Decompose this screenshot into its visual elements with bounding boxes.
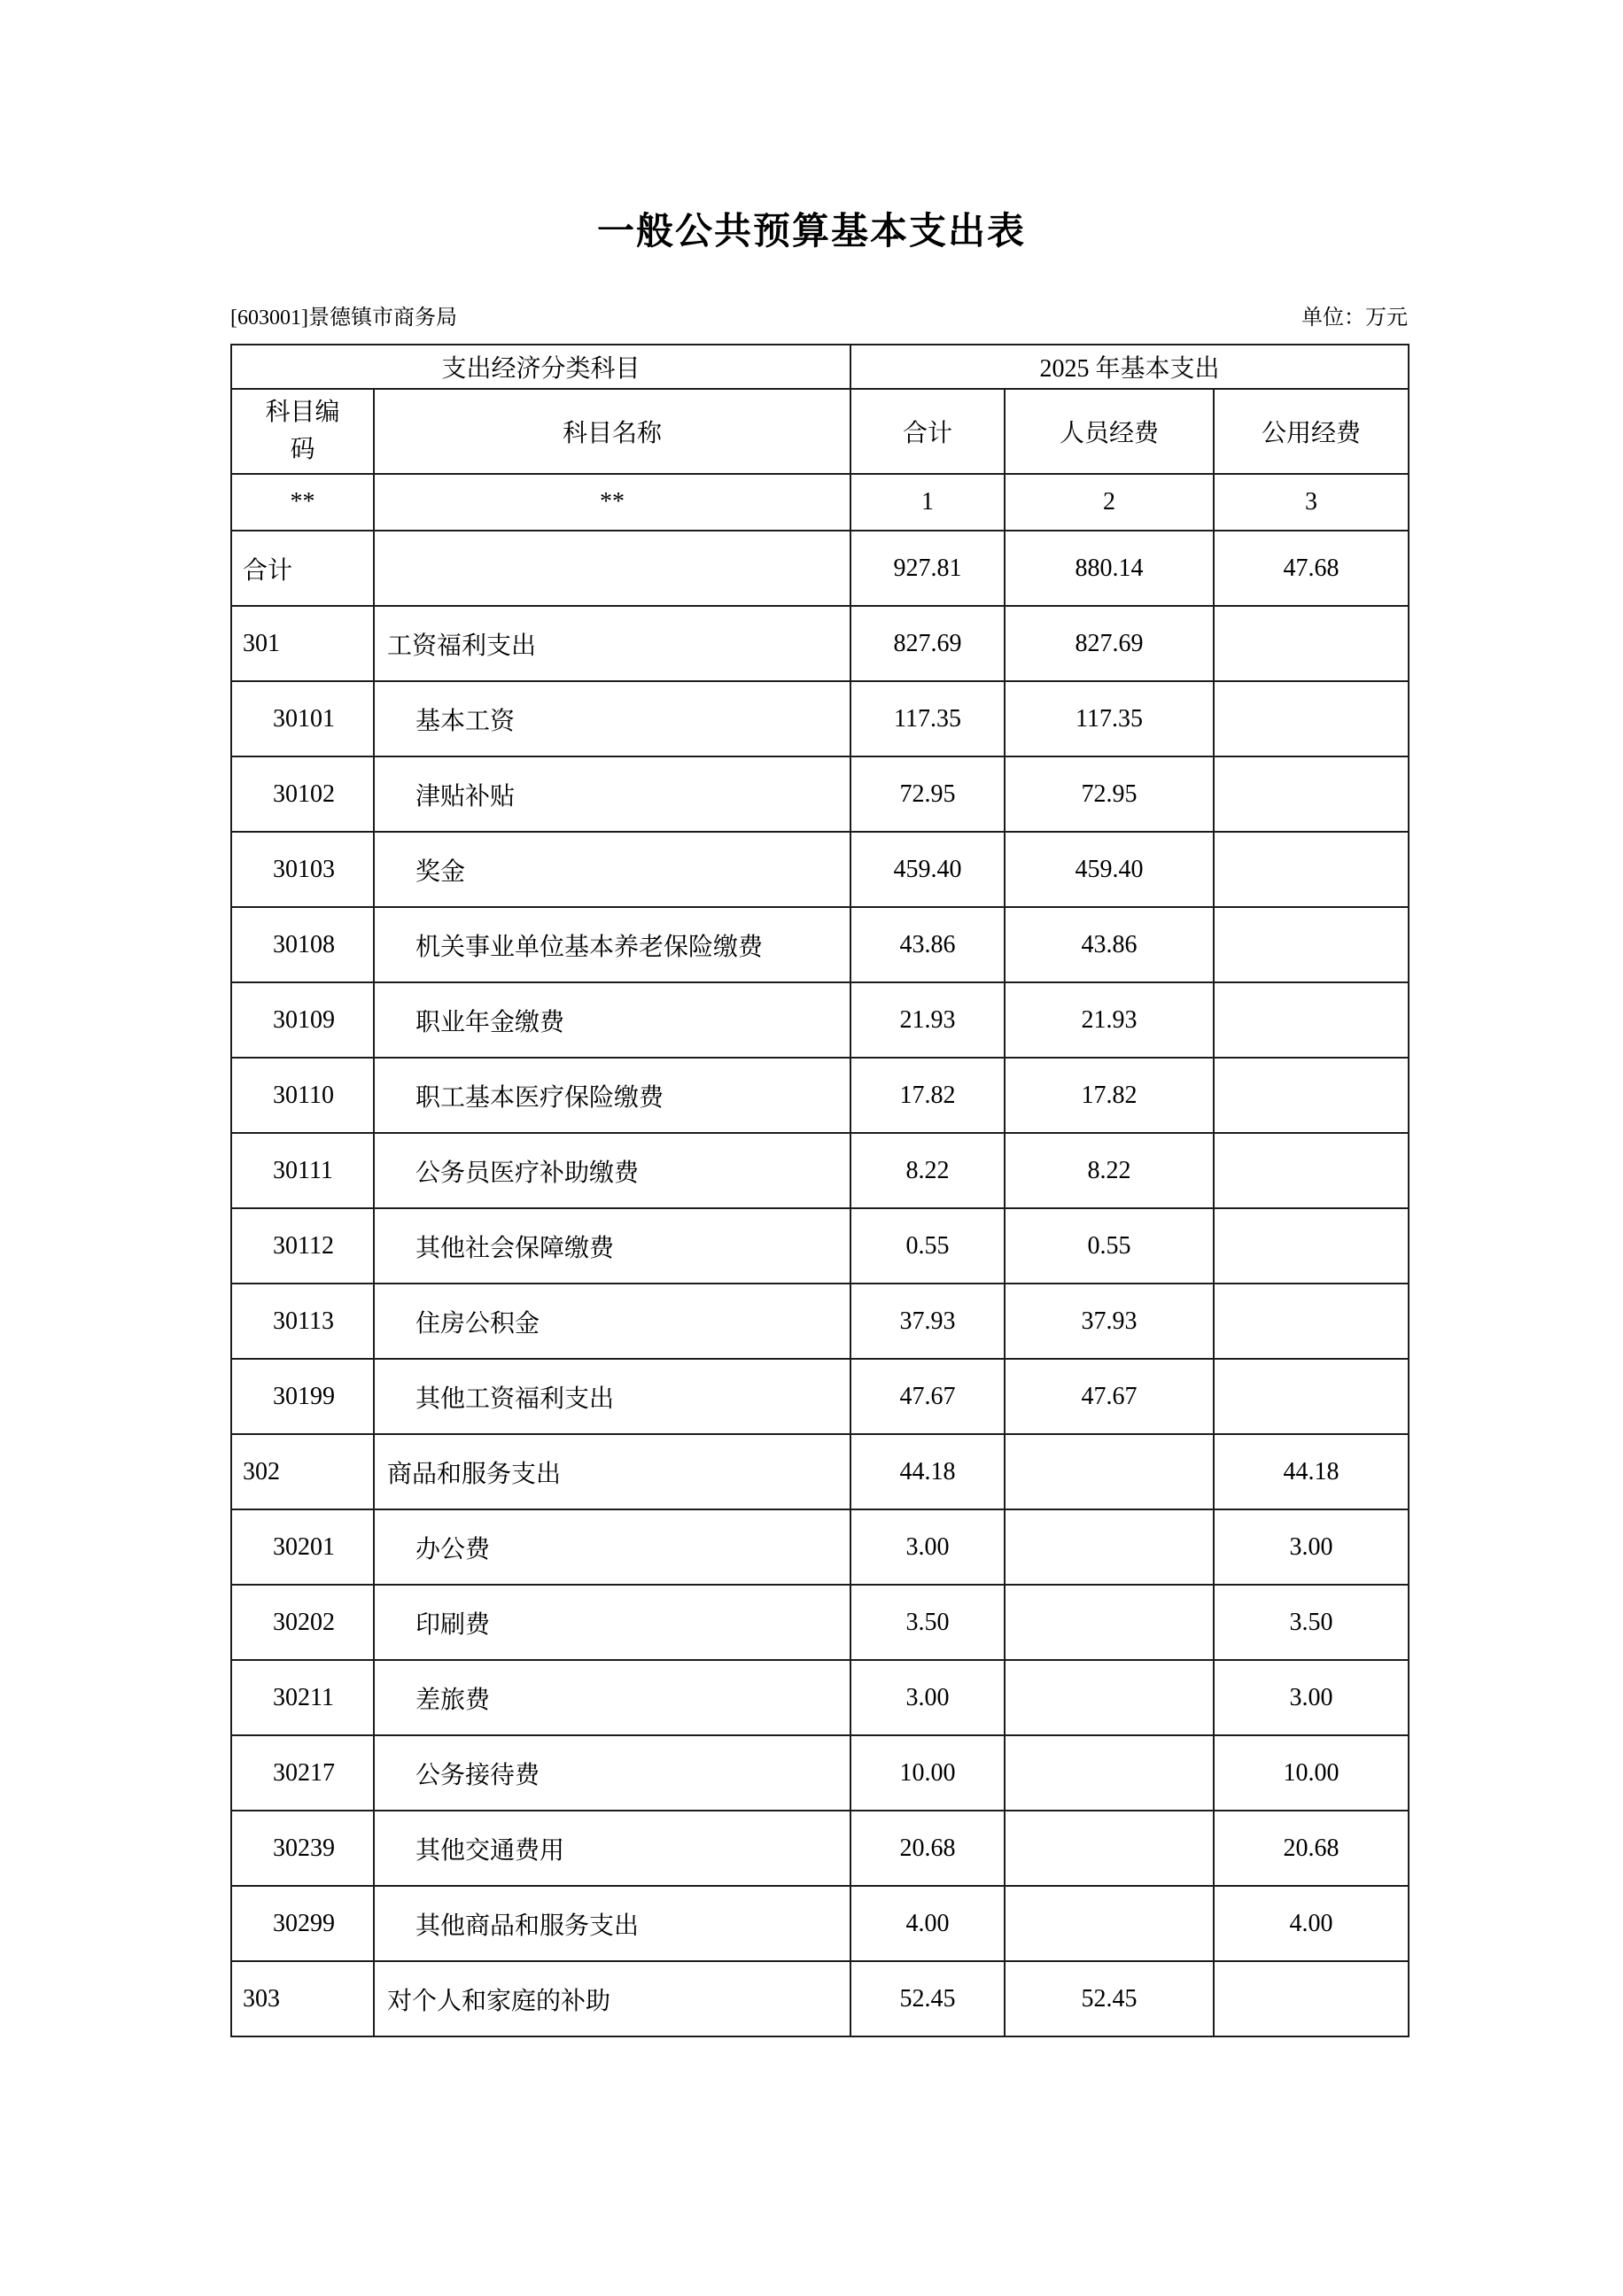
cell-name: 印刷费 — [374, 1585, 850, 1660]
table-row: 30211差旅费3.003.00 — [231, 1660, 1409, 1735]
cell-total: 47.67 — [850, 1359, 1005, 1434]
cell-personnel: 21.93 — [1005, 982, 1214, 1058]
cell-code: 30111 — [231, 1133, 374, 1208]
cell-name: 对个人和家庭的补助 — [374, 1961, 850, 2036]
cell-personnel: 459.40 — [1005, 832, 1214, 907]
cell-personnel: 0.55 — [1005, 1208, 1214, 1284]
header-col-code-label: 科目编码 — [263, 394, 343, 469]
header-col-code: 科目编码 — [231, 389, 374, 474]
cell-total: 3.50 — [850, 1585, 1005, 1660]
cell-public — [1214, 1359, 1409, 1434]
cell-public — [1214, 907, 1409, 982]
cell-personnel — [1005, 1811, 1214, 1886]
cell-name: 奖金 — [374, 832, 850, 907]
header-col-total: 合计 — [850, 389, 1005, 474]
subheader: [603001]景德镇市商务局 单位：万元 — [230, 299, 1408, 330]
cell-personnel: 47.67 — [1005, 1359, 1214, 1434]
budget-table: 支出经济分类科目 2025 年基本支出 科目编码 科目名称 合计 人员经费 公用… — [230, 344, 1409, 2037]
cell-code: 30199 — [231, 1359, 374, 1434]
cell-code: 30112 — [231, 1208, 374, 1284]
cell-code: 合计 — [231, 531, 374, 606]
cell-name: 职业年金缴费 — [374, 982, 850, 1058]
cell-personnel — [1005, 1735, 1214, 1811]
cell-code: 30103 — [231, 832, 374, 907]
table-row: 303对个人和家庭的补助52.4552.45 — [231, 1961, 1409, 2036]
cell-total: 72.95 — [850, 756, 1005, 832]
cell-personnel: 37.93 — [1005, 1284, 1214, 1359]
cell-public — [1214, 606, 1409, 681]
cell-total: 459.40 — [850, 832, 1005, 907]
cell-code: 30211 — [231, 1660, 374, 1735]
cell-name: 津贴补贴 — [374, 756, 850, 832]
cell-public: 44.18 — [1214, 1434, 1409, 1509]
table-row: 30102津贴补贴72.9572.95 — [231, 756, 1409, 832]
cell-total: 0.55 — [850, 1208, 1005, 1284]
cell-public: 3.00 — [1214, 1509, 1409, 1585]
table-row: 30299其他商品和服务支出4.004.00 — [231, 1886, 1409, 1961]
cell-code: 30299 — [231, 1886, 374, 1961]
cell-code: 303 — [231, 1961, 374, 2036]
cell-name: 工资福利支出 — [374, 606, 850, 681]
table-row: 30109职业年金缴费21.9321.93 — [231, 982, 1409, 1058]
cell-total: 21.93 — [850, 982, 1005, 1058]
org-code-label: [603001]景德镇市商务局 — [230, 299, 457, 330]
cell-code: 30202 — [231, 1585, 374, 1660]
cell-name: 基本工资 — [374, 681, 850, 756]
marker-public: 3 — [1214, 474, 1409, 531]
cell-code: 301 — [231, 606, 374, 681]
cell-code: 30109 — [231, 982, 374, 1058]
cell-code: 30101 — [231, 681, 374, 756]
table-row: 302商品和服务支出44.1844.18 — [231, 1434, 1409, 1509]
cell-personnel: 8.22 — [1005, 1133, 1214, 1208]
cell-name: 商品和服务支出 — [374, 1434, 850, 1509]
cell-public — [1214, 1284, 1409, 1359]
cell-name: 其他社会保障缴费 — [374, 1208, 850, 1284]
cell-personnel — [1005, 1434, 1214, 1509]
table-row: 30108机关事业单位基本养老保险缴费43.8643.86 — [231, 907, 1409, 982]
cell-total: 927.81 — [850, 531, 1005, 606]
cell-code: 30239 — [231, 1811, 374, 1886]
table-row: 301工资福利支出827.69827.69 — [231, 606, 1409, 681]
cell-name: 公务员医疗补助缴费 — [374, 1133, 850, 1208]
header-col-name: 科目名称 — [374, 389, 850, 474]
table-row: 30202印刷费3.503.50 — [231, 1585, 1409, 1660]
cell-personnel — [1005, 1585, 1214, 1660]
cell-total: 4.00 — [850, 1886, 1005, 1961]
table-body: 合计927.81880.1447.68301工资福利支出827.69827.69… — [231, 531, 1409, 2036]
cell-personnel: 52.45 — [1005, 1961, 1214, 2036]
cell-total: 8.22 — [850, 1133, 1005, 1208]
cell-personnel — [1005, 1886, 1214, 1961]
cell-name — [374, 531, 850, 606]
cell-code: 30110 — [231, 1058, 374, 1133]
unit-label: 单位：万元 — [1301, 299, 1408, 330]
header-col-public: 公用经费 — [1214, 389, 1409, 474]
cell-personnel — [1005, 1509, 1214, 1585]
cell-total: 44.18 — [850, 1434, 1005, 1509]
cell-code: 30201 — [231, 1509, 374, 1585]
table-row: 30112其他社会保障缴费0.550.55 — [231, 1208, 1409, 1284]
cell-total: 20.68 — [850, 1811, 1005, 1886]
marker-total: 1 — [850, 474, 1005, 531]
table-row: 30201办公费3.003.00 — [231, 1509, 1409, 1585]
table-row: 30199其他工资福利支出47.6747.67 — [231, 1359, 1409, 1434]
header-columns-row: 科目编码 科目名称 合计 人员经费 公用经费 — [231, 389, 1409, 474]
cell-total: 3.00 — [850, 1509, 1005, 1585]
cell-name: 其他商品和服务支出 — [374, 1886, 850, 1961]
table-row: 30217公务接待费10.0010.00 — [231, 1735, 1409, 1811]
cell-public: 3.50 — [1214, 1585, 1409, 1660]
cell-name: 职工基本医疗保险缴费 — [374, 1058, 850, 1133]
cell-public — [1214, 982, 1409, 1058]
cell-name: 机关事业单位基本养老保险缴费 — [374, 907, 850, 982]
page-title: 一般公共预算基本支出表 — [0, 202, 1623, 255]
cell-public: 10.00 — [1214, 1735, 1409, 1811]
cell-code: 302 — [231, 1434, 374, 1509]
cell-total: 117.35 — [850, 681, 1005, 756]
cell-total: 827.69 — [850, 606, 1005, 681]
marker-code: ** — [231, 474, 374, 531]
cell-public — [1214, 1961, 1409, 2036]
table-row: 30110职工基本医疗保险缴费17.8217.82 — [231, 1058, 1409, 1133]
cell-public: 4.00 — [1214, 1886, 1409, 1961]
cell-personnel: 72.95 — [1005, 756, 1214, 832]
cell-total: 37.93 — [850, 1284, 1005, 1359]
cell-code: 30113 — [231, 1284, 374, 1359]
cell-public: 20.68 — [1214, 1811, 1409, 1886]
table-row: 30101基本工资117.35117.35 — [231, 681, 1409, 756]
cell-total: 52.45 — [850, 1961, 1005, 2036]
cell-public — [1214, 1133, 1409, 1208]
header-group-row: 支出经济分类科目 2025 年基本支出 — [231, 345, 1409, 389]
cell-total: 3.00 — [850, 1660, 1005, 1735]
cell-public: 3.00 — [1214, 1660, 1409, 1735]
cell-public — [1214, 756, 1409, 832]
cell-total: 10.00 — [850, 1735, 1005, 1811]
cell-name: 其他交通费用 — [374, 1811, 850, 1886]
cell-total: 43.86 — [850, 907, 1005, 982]
table-row: 30113住房公积金37.9337.93 — [231, 1284, 1409, 1359]
cell-name: 办公费 — [374, 1509, 850, 1585]
cell-personnel — [1005, 1660, 1214, 1735]
cell-code: 30102 — [231, 756, 374, 832]
table-row: 30103奖金459.40459.40 — [231, 832, 1409, 907]
cell-code: 30217 — [231, 1735, 374, 1811]
cell-personnel: 43.86 — [1005, 907, 1214, 982]
cell-public: 47.68 — [1214, 531, 1409, 606]
cell-name: 住房公积金 — [374, 1284, 850, 1359]
cell-personnel: 827.69 — [1005, 606, 1214, 681]
marker-personnel: 2 — [1005, 474, 1214, 531]
table-row: 合计927.81880.1447.68 — [231, 531, 1409, 606]
cell-personnel: 17.82 — [1005, 1058, 1214, 1133]
marker-name: ** — [374, 474, 850, 531]
cell-public — [1214, 1208, 1409, 1284]
header-col-personnel: 人员经费 — [1005, 389, 1214, 474]
header-marker-row: ** ** 1 2 3 — [231, 474, 1409, 531]
cell-name: 差旅费 — [374, 1660, 850, 1735]
table-row: 30239其他交通费用20.6820.68 — [231, 1811, 1409, 1886]
cell-personnel: 117.35 — [1005, 681, 1214, 756]
cell-total: 17.82 — [850, 1058, 1005, 1133]
cell-public — [1214, 1058, 1409, 1133]
table-row: 30111公务员医疗补助缴费8.228.22 — [231, 1133, 1409, 1208]
cell-name: 其他工资福利支出 — [374, 1359, 850, 1434]
header-expenditure-classification: 支出经济分类科目 — [231, 345, 850, 389]
cell-personnel: 880.14 — [1005, 531, 1214, 606]
cell-code: 30108 — [231, 907, 374, 982]
cell-public — [1214, 681, 1409, 756]
cell-name: 公务接待费 — [374, 1735, 850, 1811]
cell-public — [1214, 832, 1409, 907]
header-2025-basic-expenditure: 2025 年基本支出 — [850, 345, 1409, 389]
